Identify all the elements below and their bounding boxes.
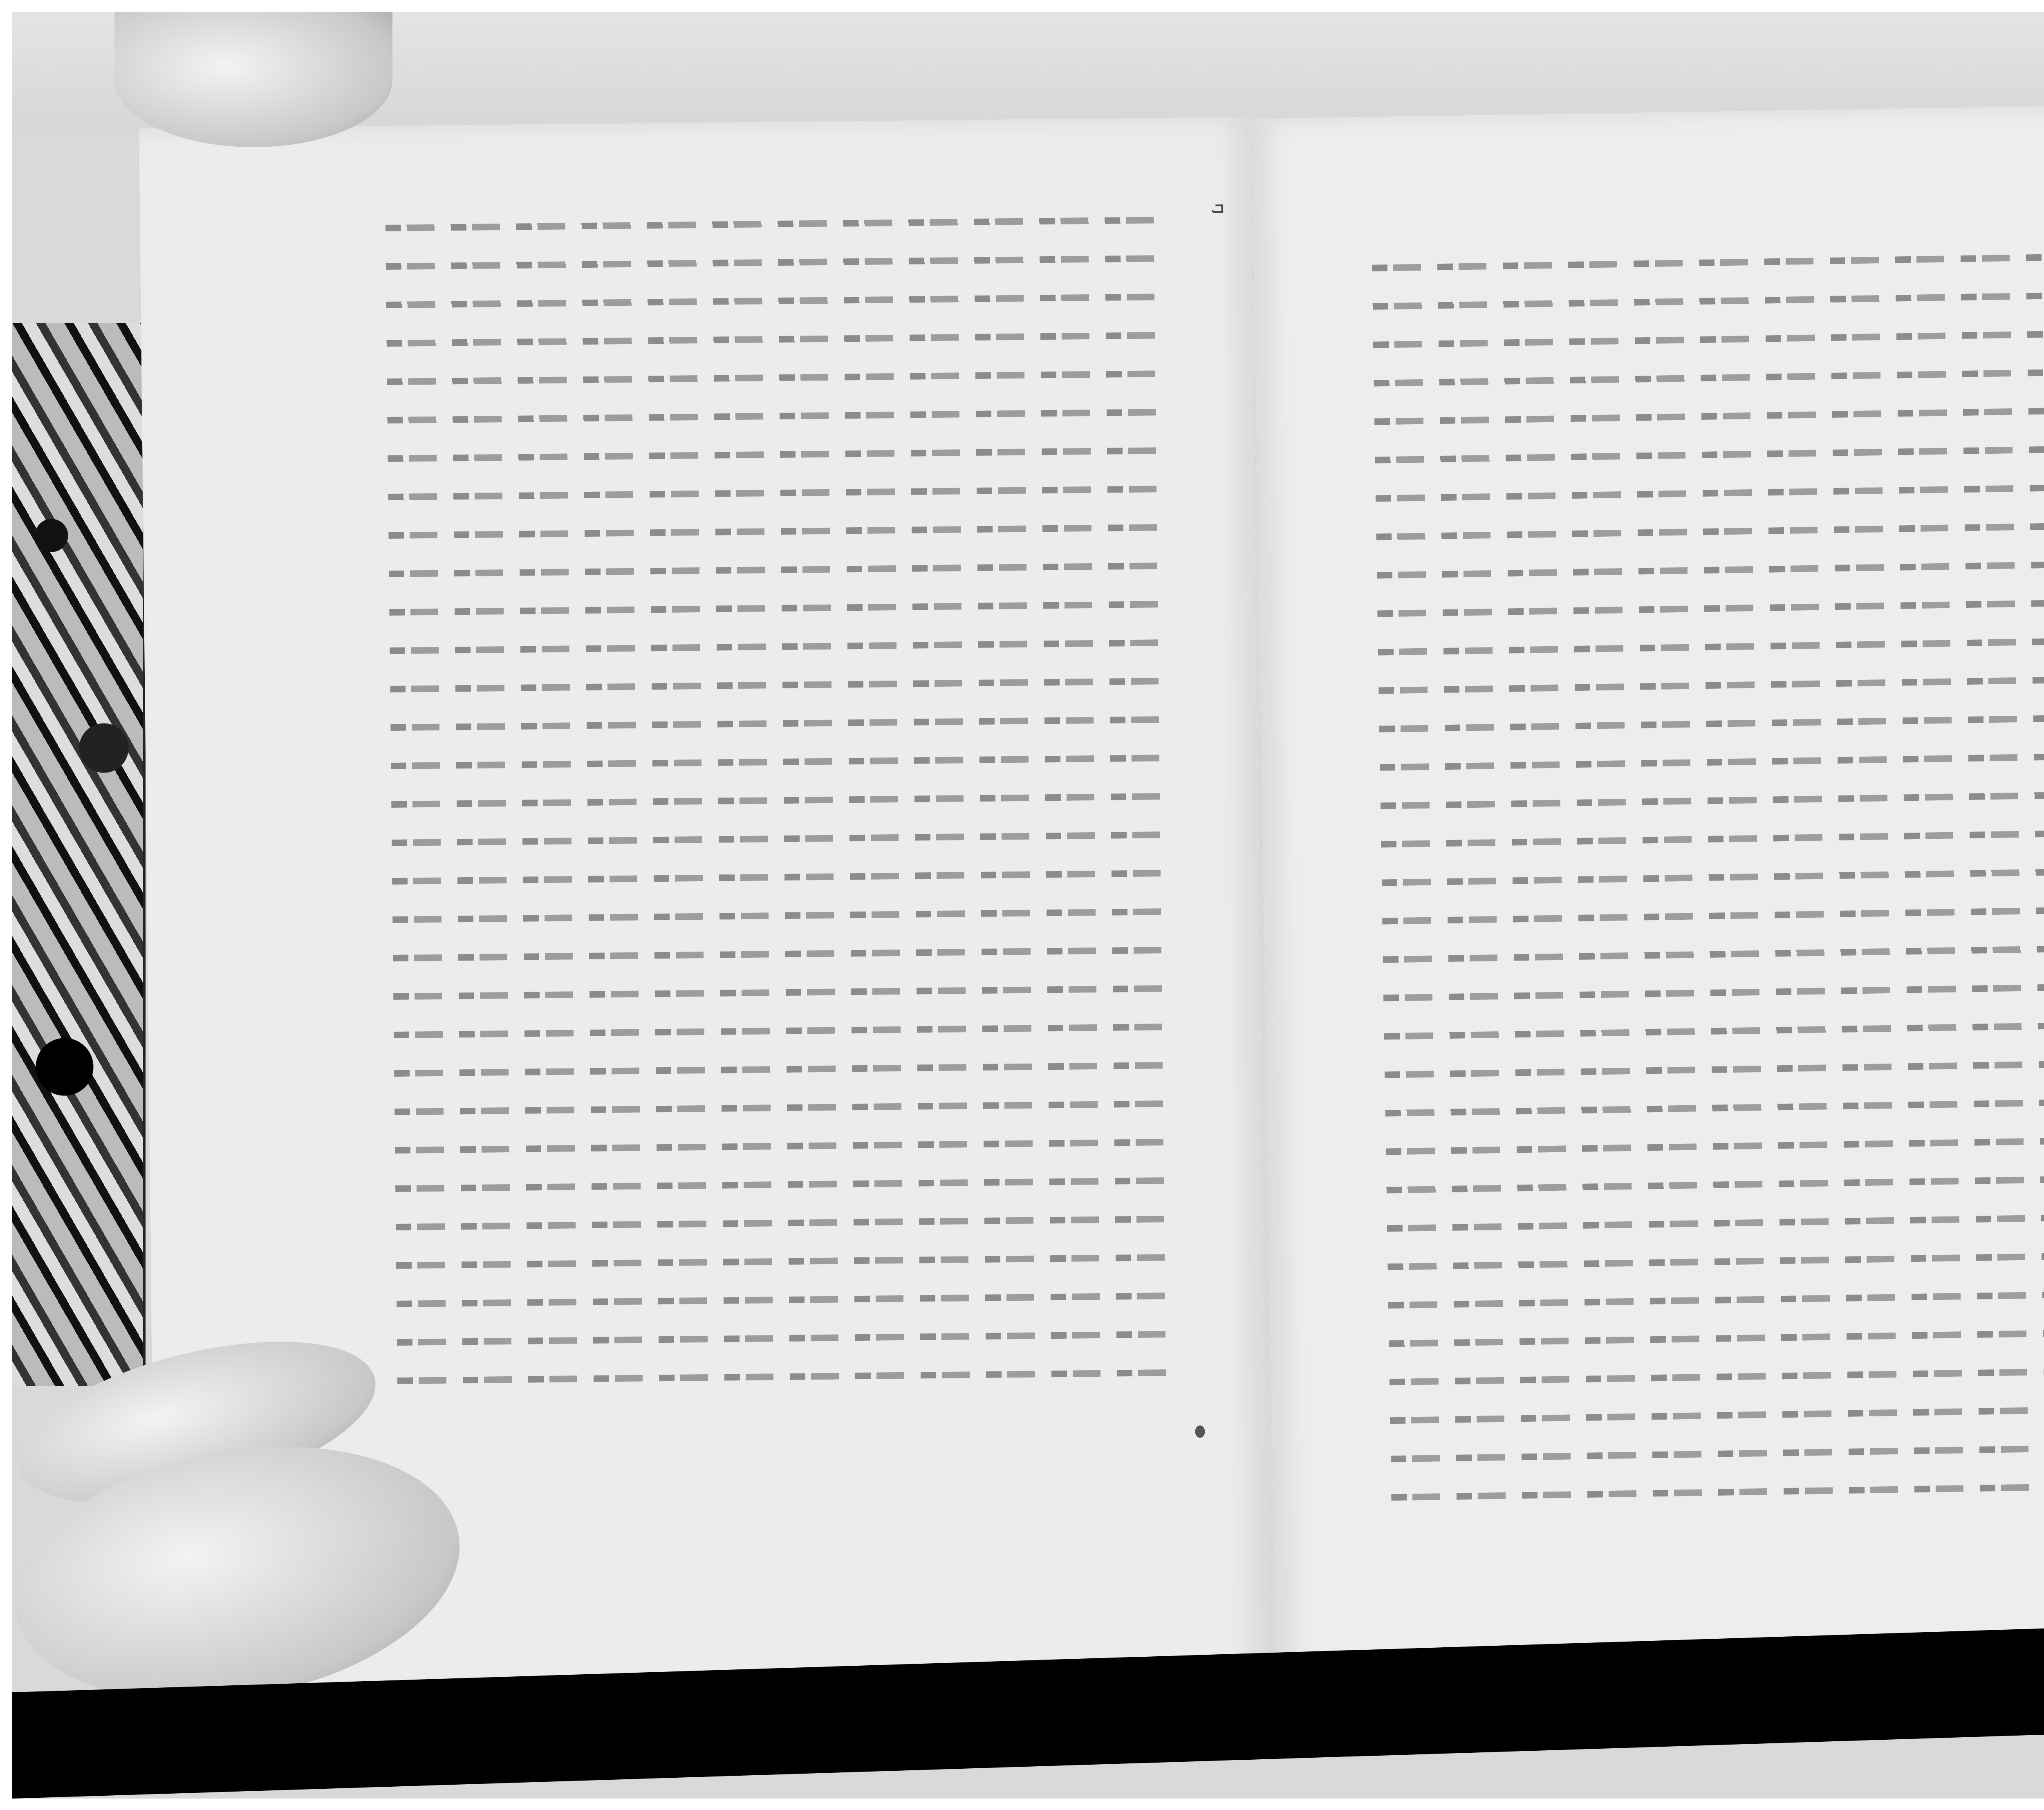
manuscript-line: ܡܠܬܐ ܕܝܢ ܗܕܐ ܠܗ ܗܘܐ ܕܢܦܩ — [389, 545, 1166, 585]
manuscript-line: ܐܝܟ ܕܢܐܡܪ ܗܘ ܕܢܬܩܪܐ ܐܠܐ ܥܠ ܗܢܐ — [385, 238, 1163, 278]
manuscript-line: ܗܘܐ ܕܝܢ ܗܘܐ ܕܝܢ ܠܗ ܕܝܢ — [1383, 965, 2044, 1010]
manuscript-line: ܕܗܢܘܢ ܗܘܐ ܕܝܢ ܗܕܐ ܕܝܢ ܡܢ ܗܘܐ — [1376, 504, 2044, 549]
manuscript-line: ܐܢܫܐ ܕܡܠܟܘܬܐ ܕܟܕ ܗܘܐ ܡܢ ܗܢܐ — [1374, 389, 2044, 433]
ink-dot — [1195, 1425, 1205, 1438]
manuscript-line: ܕܝܢ ܗܘ ܕܝܢ ܗܘܐ ܕܝܢ ܗܘ — [1379, 735, 2044, 779]
manuscript-line: ܕܝܢ ܠܐ ܗܘܐ ܡܢ ܕܝܢ ܗܘ — [1385, 1081, 2044, 1125]
manuscript-line: ܗܘ ܡܢ ܕܝܢ ܗܘܐ ܕܝܢ ܠܗܘܢ — [396, 1237, 1173, 1277]
manuscript-line: ܕܝܢ ܗܘܐ ܕܝܢ ܠܗ ܗܘ ܗܘܐ ܕܝܢ — [1382, 889, 2044, 933]
manuscript-line: ܡܢ ܩܕܡ ܕܢܬܐ ܠܥܠܡܐ ܕܝܠܗ ܠܟܠܗܘܢ — [387, 353, 1164, 393]
manuscript-line: ܡܢ ܗܘܐ ܕܝܢ ܗܘܐ ܠܐ ܗܘܐ ܕܝܢ — [1381, 850, 2044, 894]
manuscript-line: ܗܘܐ ܠܗܘܢ ܕܝܢ ܠܗ ܡܢ ܗܘ ܕܝܢ — [393, 968, 1170, 1008]
manuscript-line: ܠܗ ܕܝܢ ܗܘܐ ܕܝܢ ܗܘ ܕܝܢ — [394, 1083, 1172, 1123]
manuscript-photograph: ܒ ܕܫܪܝܘ ܠܗ ܡܢ ܩܕܡܝܢ ܕܐܘܣܝܐ ܕܡܠܟܘܬܐ ܠܗܘܢܐ… — [12, 12, 2044, 1799]
manuscript-line: ܠܐ ܗܘ ܗܘܐ ܕܝܢ ܗܘܐ ܠܗ ܗܘܐ — [1381, 812, 2044, 856]
manuscript-line: ܕܟܕ ܚܙܐ ܢܥܡܐ ܕܝܠܗ ܐܝܟ ܗܘܐ. ܡܢ ܗܘܐ ܗܘܐ — [1372, 235, 2044, 280]
manuscript-line: ܠܗ ܗܘܐ ܕܝܢ ܗܘ ܕܝܢ ܗܘܐ — [1387, 1196, 2044, 1240]
manuscript-line: ܕܠܐ ܗܘܐ ܐܚܪܢܐ ܗܘܐ ܕܝܢ ܕܡܢ ܗܘܐ — [390, 622, 1167, 662]
manuscript-line: ܕܗܢܘܢ ܡܢ ܕܝܢ ܡܢ ܡܠܟܘܬܐ ܕܗܝ ܕܐܡܪ — [389, 584, 1166, 624]
manuscript-line: ܕܫܪܝܘ ܠܗ ܡܢ ܩܕܡܝܢ ܕܐܘܣܝܐ ܕܡܠܟܘܬܐ ܠܗܘܢ — [385, 199, 1162, 240]
manuscript-line: ܕܠܐ ܗܘܐ ܡܢ ܗܘܐ ܕܝܢ ܡܢ ܗܘ ܕܝܢ — [392, 891, 1170, 931]
manuscript-line: ܕܐܢܫܐ ܕܝܢ ܕܡܠܟܘܬܐ ܕܝܢ ܗܘܐ ܕܝܢ — [1391, 1465, 2044, 1509]
manuscript-line: ܠܗ ܐܬܐ ܕܝܢ ܡܠܟܘܬܐ ܗܘܐ ܗܘ ܡܢ ܝܘܡ — [1373, 312, 2044, 356]
manuscript-line: ܘܠܐ ܡܢ ܗܕܐ ܗܘܐ ܡܢ ܗܘ ܕܐܝܬܘܗܝ — [390, 661, 1167, 701]
manuscript-line: ܐܚܪܝܢ ܒܗܕܐ ܕܝܠܗ ܒܡܕܒܪܢܘܬܐ ܕܝܠܗ ܢܦܫܐ — [386, 315, 1163, 355]
manuscript-line: ܠܗ ܕܠܐ ܢܥܒܕ ܐܝܟ ܠܗܘܢ ܟܕ ܐܡܪ ܕܐܬܐ — [1372, 274, 2044, 318]
manuscript-line: ܥܠ ܗܠܝܢ ܐܬܐ ܠܗ. ܡܢ ܗܕܐ ܕܝܢ — [1374, 351, 2044, 395]
manuscript-line: ܕܝܢ ܗܘܐ ܕܝܢ ܗܘܐ ܕܝܢ — [1390, 1426, 2044, 1470]
manuscript-line: ܘܠܐ ܗܘܐ ܕܝܢ ܕܡܢ ܗܘ ܕܝܢ — [397, 1275, 1174, 1315]
manuscript-line: ܕܠܐ ܗܘܐ ܕܝܢ ܠܗ ܡܢ ܗܘܐ — [396, 1198, 1173, 1239]
left-page-text: ܕܫܪܝܘ ܠܗ ܡܢ ܩܕܡܝܢ ܕܐܘܣܝܐ ܕܡܠܟܘܬܐ ܠܗܘܢܐܝܟ… — [385, 199, 1174, 1399]
manuscript-line: ܕܠܐ ܗܘܐ ܕܝܢ ܠܐ ܗܘܐ ܠܗ ܕܝܢ — [1378, 620, 2044, 664]
manuscript-line: ܗܘܐ ܕܝܢ ܗܘ ܠܐ ܕܝܢ ܗܘܐ — [1389, 1349, 2044, 1393]
marbled-cover — [12, 323, 146, 1386]
manuscript-line: ܐܠܐ ܕܢܐܡܪ ܕܡܠܟܘܬܐ ܗܘܐ ܠܗܘܢ — [387, 392, 1164, 432]
manuscript-line: ܥܒܕܐ. ܕܝܢ ܗܘܐ ܕܝܢ ܡܠܟܘܬܐ — [1375, 466, 2044, 510]
manuscript-line: ܐܝܟ ܕܐܡܪ ܘܠܐ ܡܢ ܗܘܐ ܕܝܢ ܗܘܐ — [392, 814, 1169, 854]
manuscript-line: ܡܫܝܚܐ ܗܘܐ ܡܢ ܢܒܝܐ ܕܝܢ ܟܬܒܐ ܡܢ ܕܝܢ — [397, 1352, 1174, 1392]
manuscript-line: ܗܘ ܕܝܢ ܗܘܐ ܠܐ ܗܘܐ ܡܢ ܕܝܢ — [1383, 927, 2044, 971]
manuscript-line: ܠܗ ܠܐ ܕܝܢ ܗܘ ܕܝܢ ܡܢ ܗܘܐ — [1377, 581, 2044, 625]
manuscript-line: ܗܘܐ ܠܐ ܕܝܢ ܗܘܐ ܕܝܢ ܠܗ ܘܠܐ — [394, 1045, 1171, 1085]
manuscript-line: ܕܝܢ ܗܘ ܡܢ ܗܘܐ ܕܝܢ ܠܐ — [1384, 1004, 2044, 1048]
manuscript-line: ܠܗ ܕܝܢ ܡܠܟܐ ܚܘܒܐ ܠܡܪܢ ܕܢܚܐ ܗܘܐ — [397, 1314, 1174, 1354]
manuscript-line: ܕܝܢ ܗܠܝܢ ܕܐܡܪ ܠܐ ܗܘܐ ܗܝ ܕܡܬܚܙܝܐ — [388, 507, 1165, 547]
manuscript-line: ܠܗܘܢ ܗܘ ܕܝܢ ܗܘܐ ܡܢ ܗܘ ܕܐܡܪ ܗܘܐ — [392, 853, 1169, 893]
manuscript-line: ܡܢ ܗܘ ܕܝܢ ܗܘܐ ܠܐ ܕܝܢ — [395, 1160, 1172, 1200]
manuscript-line: ܕܝܢ ܗܘܐ ܕܝܢ ܡܢ ܗܘ ܕܝܢ — [1389, 1311, 2044, 1355]
manuscript-line: ܕܝܠܗ ܕܝܢ ܥܠ ܗܠܝܢ ܗܘܐ ܕܐܡܪ ܐܠܐ ܢܬܚܙܐ — [388, 430, 1165, 470]
manuscript-line: ܕܝܢ ܗܘ ܕܝܢ ܠܐ ܡܢ ܗܘܐ ܠܗ — [394, 1006, 1171, 1046]
manuscript-line: ܗܘ ܕܝܢ ܗܘܐ ܕܝܢ ܠܗ ܗܘܐ — [1388, 1273, 2044, 1317]
manuscript-line: ܗܘ ܕܝܢ ܗܘܐ ܠܗ ܕܝܢ ܠܐ ܗܘܐ — [1380, 773, 2044, 818]
manuscript-line: ܕܝܢ ܗܘ ܕܝܢ ܠܐ ܗܘ ܕܝܢ ܗܘܐ — [395, 1122, 1172, 1162]
manuscript-line: ܠܗ ܕܐܬܐ ܕܝܠܗ ܕܠܐ ܢܬܚܙܐ ܗܘܐ — [388, 468, 1165, 509]
manuscript-line: ܠܗܘܢ ܕܝܢ ܗܘܐ ܕܝܢ ܗܘ — [1390, 1388, 2044, 1432]
right-page: ܓ ܕܟܕ ܚܙܐ ܢܥܡܐ ܕܝܠܗ ܐܝܟ ܗܘܐ. ܡܢ ܗܘܐ ܗܘܐܠ… — [1251, 102, 2044, 1672]
manuscript-line: ܕܝܢ ܠܗ ܡܢ ܗܘܐ ܕܝܢ ܠܗܘܢ ܕܝܢ — [393, 930, 1170, 970]
manuscript-line: ܕܝܢ ܗܘܐ ܠܐ ܗܘ ܕܝܢ ܗܘܐ — [1387, 1234, 2044, 1279]
manuscript-line: ܠܗܘܢ ܕܝܢ ܗܘ ܡܢ ܐܢܫܐ ܕܝܢ ܗܘܐ — [1379, 697, 2044, 741]
right-page-text: ܕܟܕ ܚܙܐ ܢܥܡܐ ܕܝܠܗ ܐܝܟ ܗܘܐ. ܡܢ ܗܘܐ ܗܘܐܠܗ … — [1372, 235, 2044, 1515]
manuscript-line: ܕܐܢܫܐ ܗܘܐ ܗܘ ܗܘ ܕܐܡܪ ܡܢ — [1375, 428, 2044, 472]
hand-top-left — [114, 12, 392, 147]
manuscript-line: ܗܘܐ ܕܝܢ ܗܘ ܕܝܢ ܗܘܐ — [1385, 1119, 2044, 1163]
manuscript-line: ܕܝܢ ܗܘ ܕܝܢ ܡܢ ܗܢܘܢ ܕܝܢ ܠܗ — [1376, 543, 2044, 587]
manuscript-line: ܡܢ ܐܢܫܐ ܕܝܢ ܠܗ ܠܐ ܗܘܐ ܕܝܢ — [1378, 658, 2044, 702]
manuscript-line: ܕܝܢ ܠܗܢܘܢ ܠܐ ܗܘܐ ܡܢ ܗܘ ܕܝܠܗ ܕܐܡܪ — [391, 737, 1168, 777]
manuscript-line: ܠܗܘܢ ܕܝܢ ܡܢ ܩܕܡܝܢ ܠܘܬ ܐܚܪܢܐ — [390, 699, 1168, 739]
manuscript-line: ܠܗ ܕܝܢ ܗܘܐ ܕܝܢ ܗܘ ܗܘܐ — [1384, 1042, 2044, 1086]
manuscript-line: ܗܘܘ ܡܡܠܠܝܢ ܥܠ ܚܝܠܐ ܕܡܬܩܪܐ ܗܘܐ ܕܝܢ — [386, 276, 1163, 316]
manuscript-line: ܕܝܢ ܗܘ ܕܝܢ ܗܘܐ ܡܢ ܕܝܢ — [1386, 1158, 2044, 1202]
manuscript-line: ܗܘܐ ܗܕܐ ܗܘܐ ܕܝܢ ܕܐܡܪ ܗܘܐ ܠܗܘܢ — [391, 776, 1168, 816]
left-folio-mark: ܒ — [1211, 195, 1224, 218]
